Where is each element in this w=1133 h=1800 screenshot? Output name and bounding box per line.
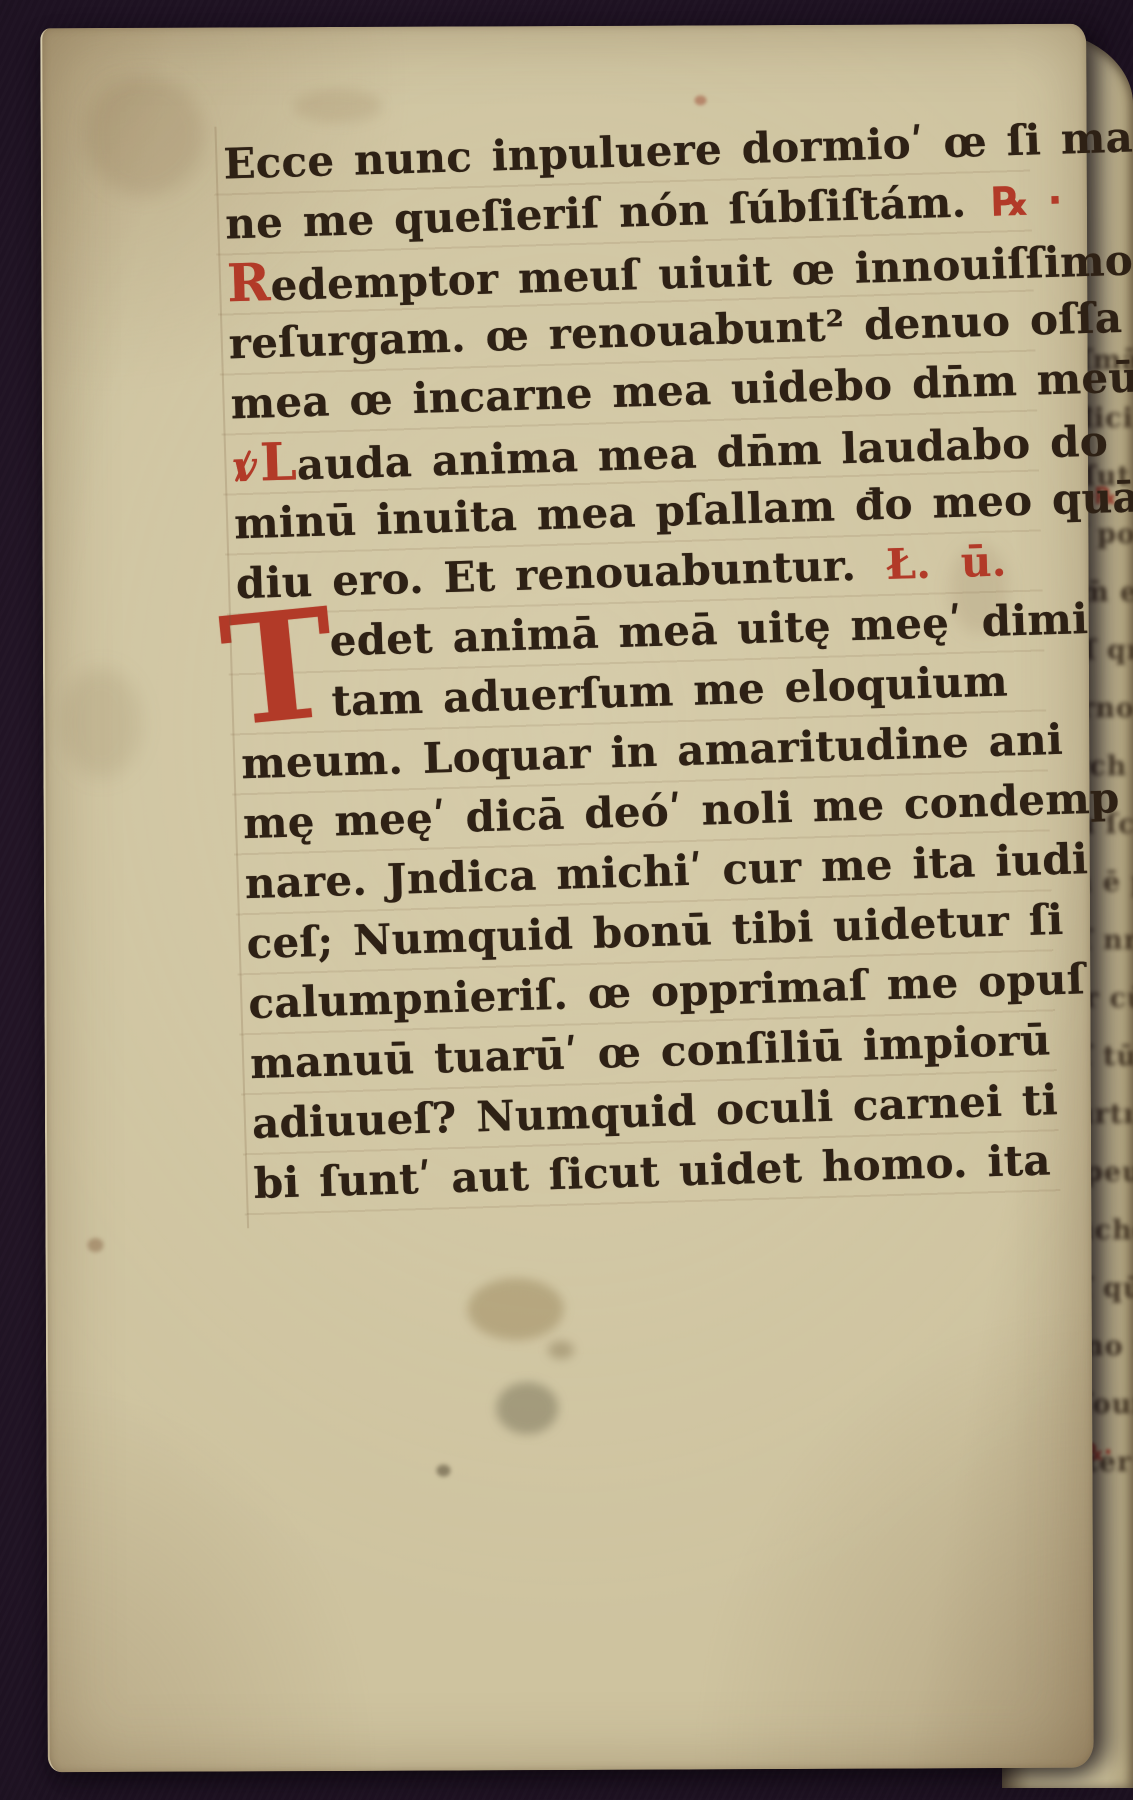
stain (468, 1278, 564, 1340)
manuscript-page: T Ecce nunc inpuluere dormioʹ œ ſi mane … (40, 24, 1094, 1773)
stain (61, 668, 141, 778)
stain (496, 1382, 558, 1434)
rubric-text: ū. (960, 536, 1007, 586)
stain (84, 76, 205, 197)
text-lines: Ecce nunc inpuluere dormioʹ œ ſi mane me… (223, 111, 1055, 1214)
rubric-text: L (259, 431, 298, 493)
edge-text-fragment: ſ qıa m (1084, 622, 1133, 680)
stain (87, 1238, 103, 1252)
stain (436, 1465, 450, 1477)
stain (694, 95, 706, 105)
rubric-text: Ł. (885, 539, 931, 589)
manuscript-photo: ſmāılđici ımſut nomſ poīam̄ e pſ qıa mrn… (0, 0, 1133, 1800)
stain (548, 1341, 574, 1359)
rubric-text: ℞ · (992, 178, 1064, 226)
edge-text-fragment: r cū ao (1084, 970, 1133, 1028)
stain (292, 89, 382, 123)
edge-text-fragment: peu q̄o (1084, 1144, 1133, 1202)
versicle-mark: v (232, 437, 258, 498)
text-block: T Ecce nunc inpuluere dormioʹ œ ſi mane … (223, 111, 1055, 1214)
rubric-text: R (226, 252, 271, 314)
